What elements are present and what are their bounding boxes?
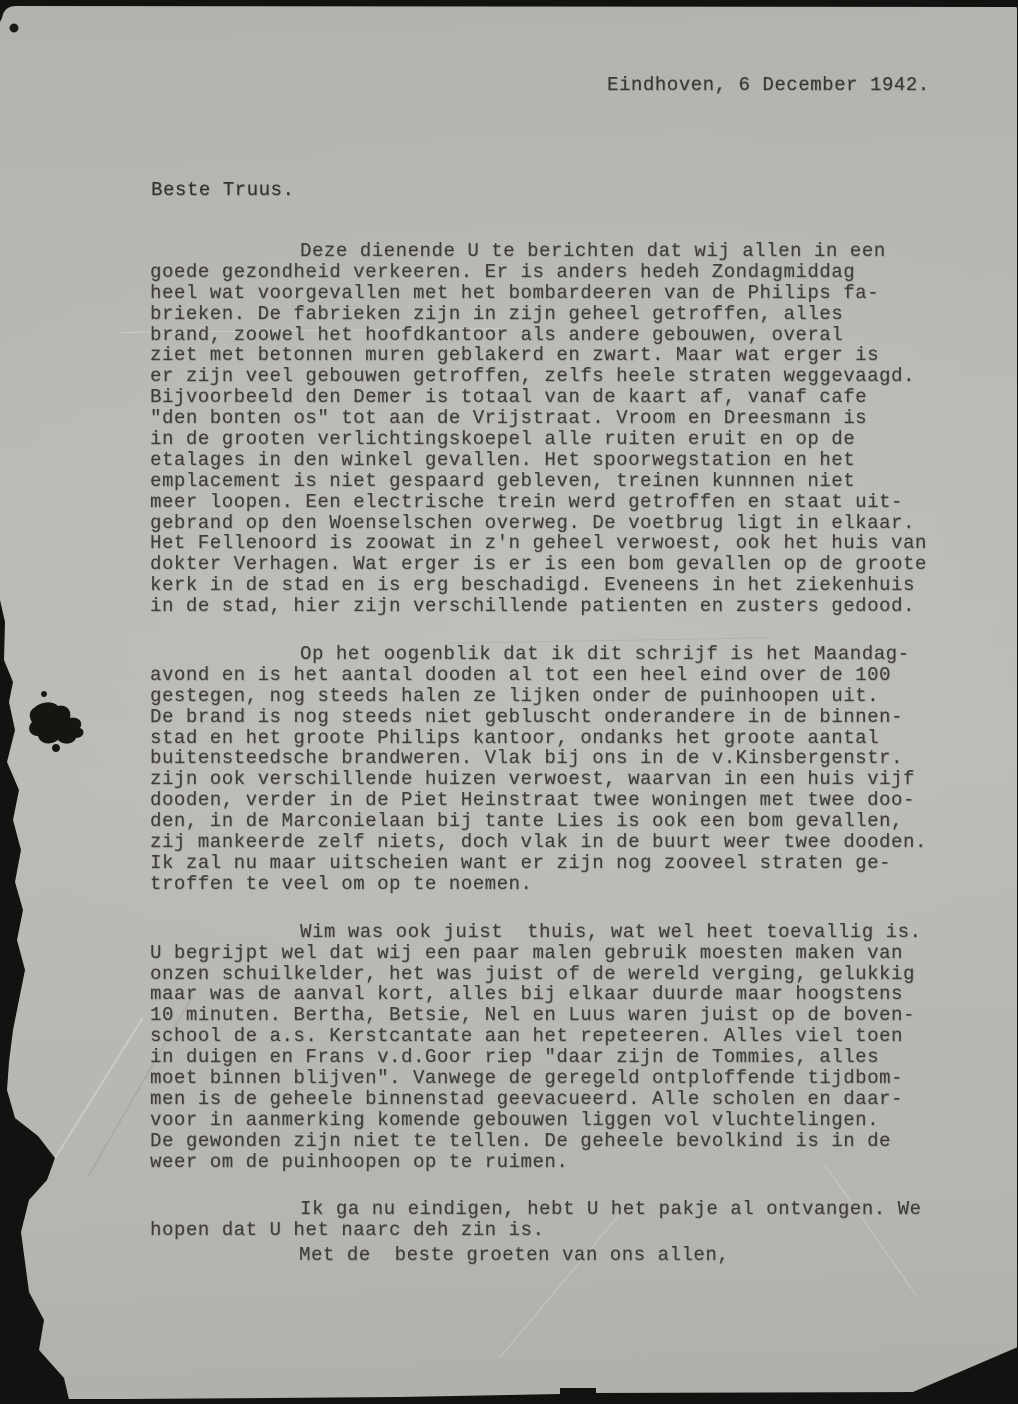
letter-line: heel wat voorgevallen met het bombardeer… bbox=[150, 283, 960, 304]
paragraph: Deze dienende U te berichten dat wij all… bbox=[150, 241, 960, 617]
letter-line: gestegen, nog steeds halen ze lijken ond… bbox=[150, 686, 960, 707]
letter-line: goede gezondheid verkeeren. Er is anders… bbox=[150, 262, 960, 283]
letter-line: ziet met betonnen muren geblakerd en zwa… bbox=[150, 345, 960, 366]
letter-line: kerk in de stad en is erg beschadigd. Ev… bbox=[150, 575, 960, 596]
letter-line: "den bonten os" tot aan de Vrijstraat. V… bbox=[150, 408, 960, 429]
letter-line: den, in de Marconielaan bij tante Lies i… bbox=[150, 811, 960, 832]
letter-line: school de a.s. Kerstcantate aan het repe… bbox=[150, 1026, 960, 1047]
letter-line: Bijvoorbeeld den Demer is totaal van de … bbox=[150, 387, 960, 408]
paragraph: Ik ga nu eindigen, hebt U het pakje al o… bbox=[150, 1199, 960, 1241]
letter-line: U begrijpt wel dat wij een paar malen ge… bbox=[150, 943, 960, 964]
letter-line: Ik zal nu maar uitscheien want er zijn n… bbox=[150, 853, 960, 874]
letter-line: De brand is nog steeds niet gebluscht on… bbox=[150, 707, 960, 728]
letter-line: brand, zoowel het hoofdkantoor als ander… bbox=[150, 325, 960, 346]
letter-line: etalages in den winkel gevallen. Het spo… bbox=[150, 450, 960, 471]
letter-body: Deze dienende U te berichten dat wij all… bbox=[150, 241, 960, 1241]
letter-line: Ik ga nu eindigen, hebt U het pakje al o… bbox=[150, 1199, 960, 1220]
letter-line: avond en is het aantal dooden al tot een… bbox=[150, 665, 960, 686]
letter-line: zij mankeerde zelf niets, doch vlak in d… bbox=[150, 832, 960, 853]
letter-line: moet binnen blijven". Vanwege de geregel… bbox=[150, 1068, 960, 1089]
letter-line: onzen schuilkelder, het was juist of de … bbox=[150, 964, 960, 985]
paragraph: Op het oogenblik dat ik dit schrijf is h… bbox=[150, 644, 960, 895]
letter-line: De gewonden zijn niet te tellen. De gehe… bbox=[150, 1131, 960, 1152]
letter-line: men is de geheele binnenstad geevacueerd… bbox=[150, 1089, 960, 1110]
letter-line: Op het oogenblik dat ik dit schrijf is h… bbox=[150, 644, 960, 665]
letter-line: stad en het groote Philips kantoor, onda… bbox=[150, 728, 960, 749]
letter-line: Deze dienende U te berichten dat wij all… bbox=[150, 241, 960, 262]
letter-line: voor in aanmerking komende gebouwen ligg… bbox=[150, 1110, 960, 1131]
letter-line: meer loopen. Een electrische trein werd … bbox=[150, 492, 960, 513]
letter-closing: Met de beste groeten van ons allen, bbox=[299, 1244, 729, 1266]
letter-line: er zijn veel gebouwen getroffen, zelfs h… bbox=[150, 366, 960, 387]
paragraph: Wim was ook juist thuis, wat wel heet to… bbox=[150, 922, 960, 1173]
letter-line: gebrand op den Woenselschen overweg. De … bbox=[150, 513, 960, 534]
scanned-letter-page: Eindhoven, 6 December 1942. Beste Truus.… bbox=[0, 0, 1018, 1404]
letter-line: hopen dat U het naarc deh zin is. bbox=[150, 1220, 960, 1241]
letter-line: troffen te veel om op te noemen. bbox=[150, 874, 960, 895]
letter-line: in duigen en Frans v.d.Goor riep "daar z… bbox=[150, 1047, 960, 1068]
letter-line: weer om de puinhoopen op te ruimen. bbox=[150, 1152, 960, 1173]
letter-line: Wim was ook juist thuis, wat wel heet to… bbox=[150, 922, 960, 943]
letter-line: 10 minuten. Bertha, Betsie, Nel en Luus … bbox=[150, 1005, 960, 1026]
letter-line: zijn ook verschillende huizen verwoest, … bbox=[150, 769, 960, 790]
letter-line: brieken. De fabrieken zijn in zijn gehee… bbox=[150, 304, 960, 325]
letter-line: buitensteedsche brandweren. Vlak bij ons… bbox=[150, 748, 960, 769]
letter-line: in de stad, hier zijn verschillende pati… bbox=[150, 596, 960, 617]
letter-line: dokter Verhagen. Wat erger is er is een … bbox=[150, 554, 960, 575]
letter-line: maar was de aanval kort, alles bij elkaa… bbox=[150, 984, 960, 1005]
letter-line: emplacement is niet gespaard gebleven, t… bbox=[150, 471, 960, 492]
letter-line: in de grooten verlichtingskoepel alle ru… bbox=[150, 429, 960, 450]
letter-salutation: Beste Truus. bbox=[151, 179, 294, 201]
letter-line: dooden, verder in de Piet Heinstraat twe… bbox=[150, 790, 960, 811]
letter-line: Het Fellenoord is zoowat in z'n geheel v… bbox=[150, 533, 960, 554]
letter-dateline: Eindhoven, 6 December 1942. bbox=[607, 74, 930, 96]
